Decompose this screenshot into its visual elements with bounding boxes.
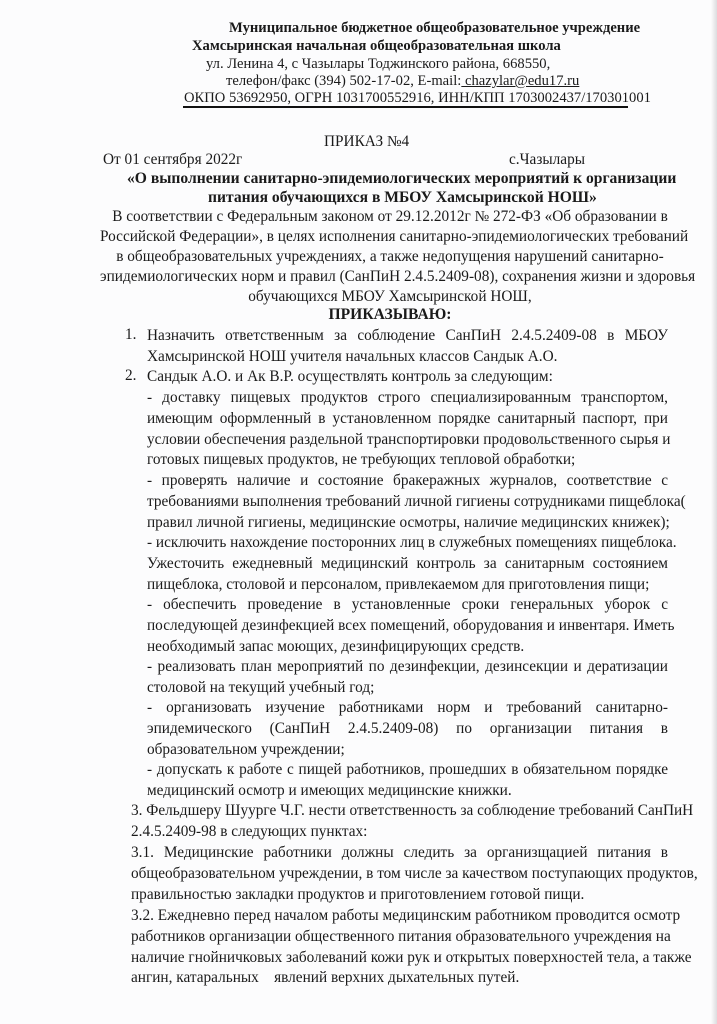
org-name-line2: Хамсыринская начальная общеобразовательн… xyxy=(192,37,561,56)
item-2-subpoint: - проверять наличие и состояние бракераж… xyxy=(147,471,668,533)
text-line: правильностью закладки продуктов и приго… xyxy=(131,885,668,906)
order-subject-line1: «О выполнении санитарно-эпидемиологическ… xyxy=(127,170,676,188)
item-3-text: 3. Фельдшеру Шуурге Ч.Г. нести ответстве… xyxy=(131,801,668,843)
text-line: 3.2. Ежедневно перед началом работы меди… xyxy=(131,906,668,927)
text-line: необходимый запас моющих, дезинфицирующи… xyxy=(147,637,668,658)
text-line: образовательном учреждении; xyxy=(147,740,668,761)
item-2-subpoint: - обеспечить проведение в установленные … xyxy=(147,595,668,657)
order-subject-line2: питания обучающихся в МБОУ Хамсыринской … xyxy=(208,189,597,207)
text-line: 3. Фельдшеру Шуурге Ч.Г. нести ответстве… xyxy=(131,801,668,822)
item-number: 2. xyxy=(125,367,136,385)
text-line: - доставку пищевых продуктов строго спец… xyxy=(147,388,668,409)
text-line: Сандык А.О. и Ак В.Р. осуществлять контр… xyxy=(147,367,668,388)
org-email-link[interactable]: chazylar@edu17.ru xyxy=(461,73,579,89)
scanned-document-page: Муниципальное бюджетное общеобразователь… xyxy=(0,0,717,1024)
text-line: столовой на текущий учебный год; xyxy=(147,678,668,699)
text-line: 2.4.5.2409-98 в следующих пунктах: xyxy=(131,822,668,843)
preamble-line: Российской Федерации», в целях исполнени… xyxy=(100,228,680,246)
text-line: готовых пищевых продуктов, не требующих … xyxy=(147,450,668,471)
text-line: - исключить нахождение посторонних лиц в… xyxy=(147,533,668,554)
org-name-line1: Муниципальное бюджетное общеобразователь… xyxy=(229,19,640,38)
text-line: - обеспечить проведение в установленные … xyxy=(147,595,668,616)
order-title: ПРИКАЗ №4 xyxy=(324,133,409,151)
text-line: эпидемического (СанПиН 2.4.5.2409-08) по… xyxy=(147,719,668,740)
text-line: Назначить ответственным за соблюдение Са… xyxy=(147,326,668,347)
item-2-subpoint: - организовать изучение работниками норм… xyxy=(147,698,668,760)
text-line: - допускать к работе с пищей работников,… xyxy=(147,760,668,781)
text-line: наличие гнойничковых заболеваний кожи ру… xyxy=(131,948,668,969)
item-2-subpoint: - доставку пищевых продуктов строго спец… xyxy=(147,388,668,471)
order-directive: ПРИКАЗЫВАЮ: xyxy=(100,306,680,324)
item-2-subpoint: - допускать к работе с пищей работников,… xyxy=(147,760,668,802)
preamble-line: В соответствии с Федеральным законом от … xyxy=(100,208,680,226)
org-phone: телефон/факс (394) 502-17-02, E-mail: xyxy=(226,73,461,89)
text-line: 3.1. Медицинские работники должны следит… xyxy=(131,843,668,864)
item-2-subpoint: - реализовать план мероприятий по дезинф… xyxy=(147,657,668,699)
order-place: с.Чазылары xyxy=(509,151,585,169)
text-line: условии обеспечения раздельной транспорт… xyxy=(147,430,668,451)
item-2-intro: Сандык А.О. и Ак В.Р. осуществлять контр… xyxy=(147,367,668,388)
text-line: общеобразовательном учреждении, в том чи… xyxy=(131,864,668,885)
text-line: требованиями выполнения требований лично… xyxy=(147,492,668,513)
text-line: работников организации общественного пит… xyxy=(131,927,668,948)
text-line: Ужесточить ежедневный медицинский контро… xyxy=(147,554,668,575)
text-line: медицинский осмотр и имеющих медицинские… xyxy=(147,781,668,802)
item-number: 1. xyxy=(125,326,136,344)
preamble-line: эпидемиологических норм и правил (СанПиН… xyxy=(100,268,680,286)
text-line: пищеблока, столовой и персоналом, привле… xyxy=(147,575,668,596)
preamble-line: в общеобразовательных учреждениях, а так… xyxy=(100,248,680,266)
letterhead-divider xyxy=(183,106,628,108)
order-date: От 01 сентября 2022г xyxy=(103,151,242,169)
item-3-2-text: 3.2. Ежедневно перед началом работы меди… xyxy=(131,906,668,989)
text-line: последующей дезинфекцией всех помещений,… xyxy=(147,616,668,637)
preamble-line: обучающихся МБОУ Хамсыринской НОШ, xyxy=(100,288,680,306)
text-line: ангин, катаральных явлений верхних дыхат… xyxy=(131,968,668,989)
text-line: - проверять наличие и состояние бракераж… xyxy=(147,471,668,492)
text-line: имеющим оформленный в установленном поря… xyxy=(147,409,668,430)
text-line: правил личной гигиены, медицинские осмот… xyxy=(147,513,668,534)
item-3-1-text: 3.1. Медицинские работники должны следит… xyxy=(131,843,668,905)
text-line: Хамсыринской НОШ учителя начальных класс… xyxy=(147,347,668,368)
item-2-subpoint: - исключить нахождение посторонних лиц в… xyxy=(147,533,668,595)
scan-shadow-edge xyxy=(711,0,717,1024)
text-line: - организовать изучение работниками норм… xyxy=(147,698,668,719)
item-1-text: Назначить ответственным за соблюдение Са… xyxy=(147,326,668,368)
text-line: - реализовать план мероприятий по дезинф… xyxy=(147,657,668,678)
